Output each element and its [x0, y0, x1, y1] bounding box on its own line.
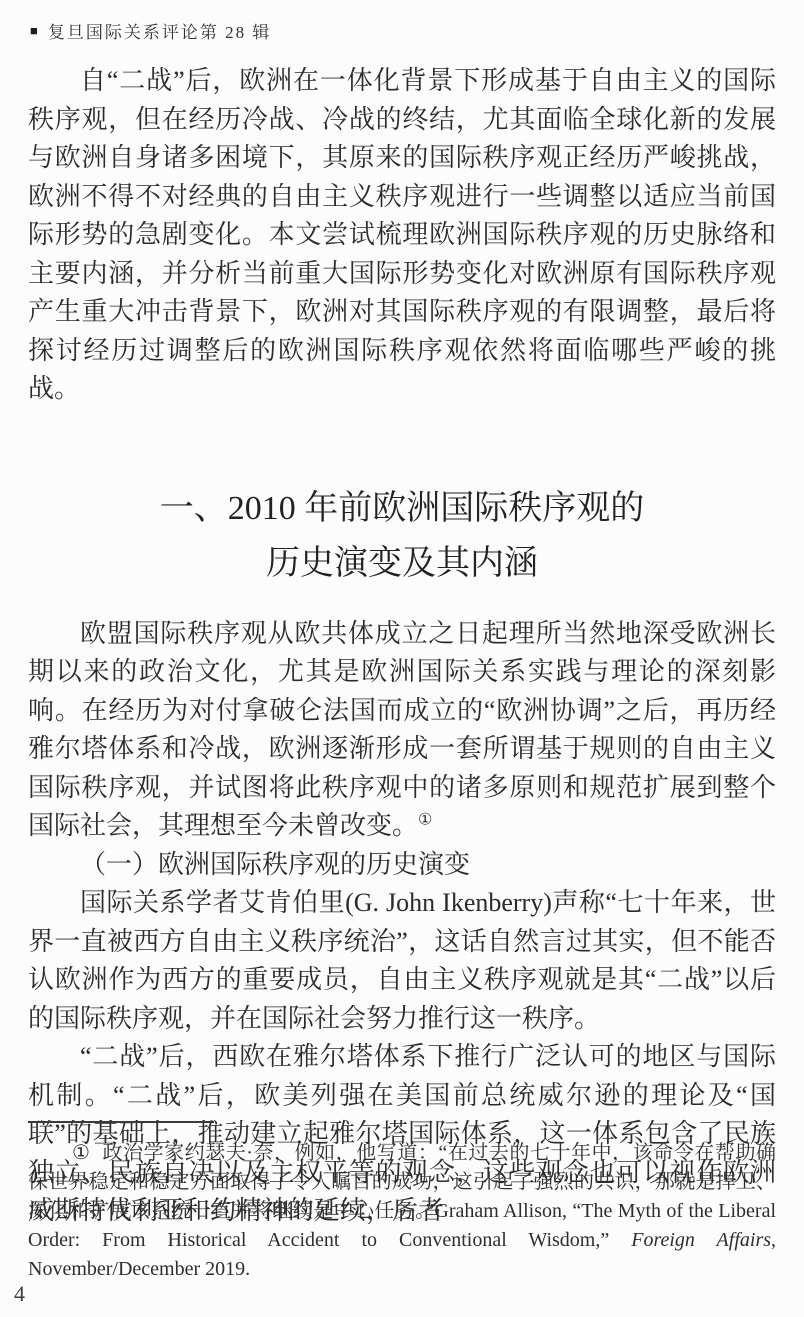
section-heading: 一、2010 年前欧洲国际秩序观的 历史演变及其内涵 [28, 481, 776, 591]
subsection-heading: （一）欧洲国际秩序观的历史演变 [28, 846, 776, 885]
paragraph-ikenberry: 国际关系学者艾肯伯里(G. John Ikenberry)声称“七十年来，世界一… [28, 884, 776, 1038]
square-bullet-icon: ■ [30, 23, 38, 39]
header-title: 复旦国际关系评论第 28 辑 [48, 18, 272, 43]
footnote-text: ①政治学家约瑟夫·奈，例如，他写道：“在过去的七十年中，该命令在帮助确保世界稳定… [28, 1139, 776, 1284]
paragraph-origins: 欧盟国际秩序观从欧共体成立之日起理所当然地深受欧洲长期以来的政治文化，尤其是欧洲… [28, 615, 776, 846]
footnote-separator [28, 1121, 214, 1123]
document-page: ■ 复旦国际关系评论第 28 辑 自“二战”后，欧洲在一体化背景下形成基于自由主… [0, 0, 804, 1317]
page-header: ■ 复旦国际关系评论第 28 辑 [30, 18, 271, 43]
page-body: 自“二战”后，欧洲在一体化背景下形成基于自由主义的国际秩序观，但在经历冷战、冷战… [28, 62, 776, 1231]
paragraph-origins-text: 欧盟国际秩序观从欧共体成立之日起理所当然地深受欧洲长期以来的政治文化，尤其是欧洲… [28, 619, 776, 841]
section-heading-line1: 一、2010 年前欧洲国际秩序观的 [160, 490, 645, 527]
footnote-journal-title: Foreign Affairs [631, 1229, 771, 1251]
paragraph-intro: 自“二战”后，欧洲在一体化背景下形成基于自由主义的国际秩序观，但在经历冷战、冷战… [28, 62, 776, 409]
section-heading-line2: 历史演变及其内涵 [266, 545, 538, 582]
footnote-marker: ① [72, 1142, 90, 1164]
footnote-reference: ① [418, 811, 432, 828]
page-number: 4 [14, 1281, 25, 1307]
